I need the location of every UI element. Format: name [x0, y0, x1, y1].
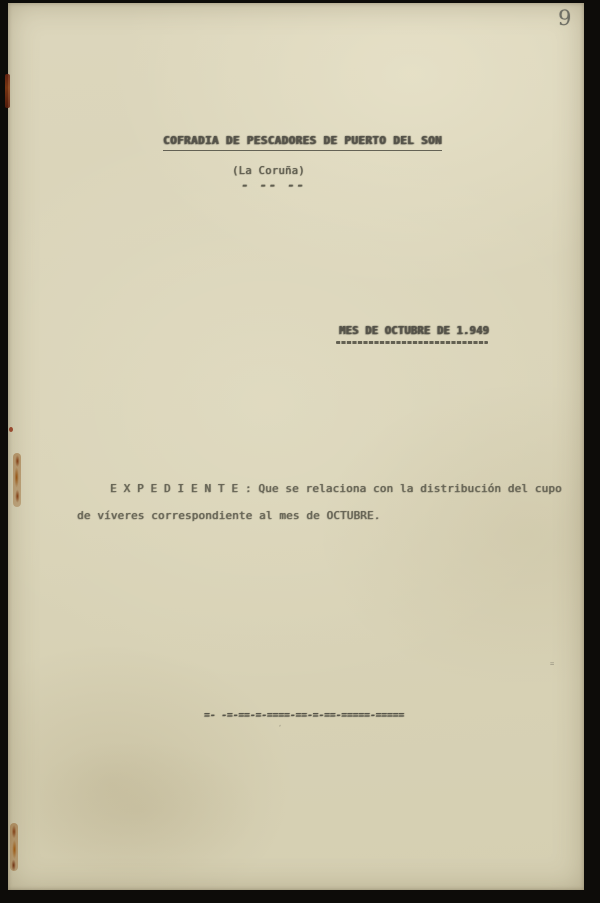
expediente-line-1: E X P E D I E N T E : Que se relaciona c… [110, 482, 562, 495]
document-title: COFRADIA DE PESCADORES DE PUERTO DEL SON [163, 134, 442, 151]
handwritten-page-number: 9 [558, 6, 572, 30]
date-underline [336, 341, 488, 344]
date-line: MES DE OCTUBRE DE 1.949 [339, 325, 489, 337]
typed-separator-line: =- -=-==-=-====-==-=-==-=====-===== [204, 710, 404, 721]
subtitle-dashes: - -- -- [241, 178, 306, 192]
expediente-line-2: de víveres correspondiente al mes de OCT… [77, 509, 380, 522]
document-subtitle: (La Coruña) [232, 165, 305, 177]
scanned-document-page: 9 COFRADIA DE PESCADORES DE PUERTO DEL S… [0, 0, 600, 903]
